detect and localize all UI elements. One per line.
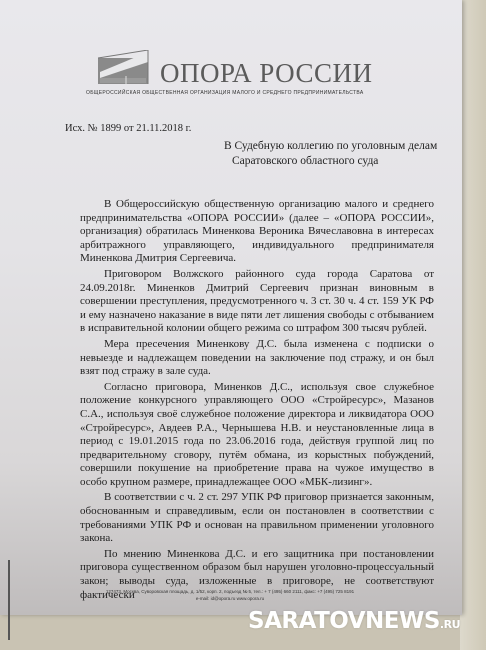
addressee-block: В Судебную коллегию по уголовным делам С… — [224, 139, 437, 169]
page-edge-divider — [8, 560, 10, 640]
addressee-line: Саратовского областного суда — [224, 154, 437, 169]
paragraph: Согласно приговора, Миненков Д.С., испол… — [80, 381, 434, 490]
watermark-brand: SARATOVNEWS — [248, 608, 440, 634]
addressee-line: В Судебную коллегию по уголовным делам — [224, 139, 437, 154]
footer-address: 127473, Москва, Суворовская площадь, д. … — [60, 588, 400, 595]
paragraph: В Общероссийскую общественную организаци… — [80, 198, 434, 266]
organization-subtitle: Общероссийская общественная организация … — [86, 90, 364, 96]
outgoing-number: Исх. № 1899 от 21.11.2018 г. — [65, 123, 191, 134]
letterhead-footer: 127473, Москва, Суворовская площадь, д. … — [60, 588, 400, 602]
letterhead-logo: ОПОРА РОССИИ Общероссийская общественная… — [98, 50, 398, 100]
site-watermark: SARATOVNEWS.RU — [248, 608, 460, 634]
paragraph: В соответствии с ч. 2 ст. 297 УПК РФ при… — [80, 491, 434, 545]
organization-name: ОПОРА РОССИИ — [160, 58, 373, 89]
background-surface — [460, 0, 486, 650]
paragraph: Мера пресечения Миненкову Д.С. была изме… — [80, 338, 434, 379]
document-page: ОПОРА РОССИИ Общероссийская общественная… — [0, 0, 462, 615]
letter-body: В Общероссийскую общественную организаци… — [80, 198, 434, 604]
paragraph: Приговором Волжского районного суда горо… — [80, 268, 434, 336]
footer-contacts: e-mail: id@opora.ru www.opora.ru — [60, 595, 400, 602]
opora-building-logo-icon — [98, 50, 154, 84]
watermark-tld: .RU — [440, 618, 460, 631]
